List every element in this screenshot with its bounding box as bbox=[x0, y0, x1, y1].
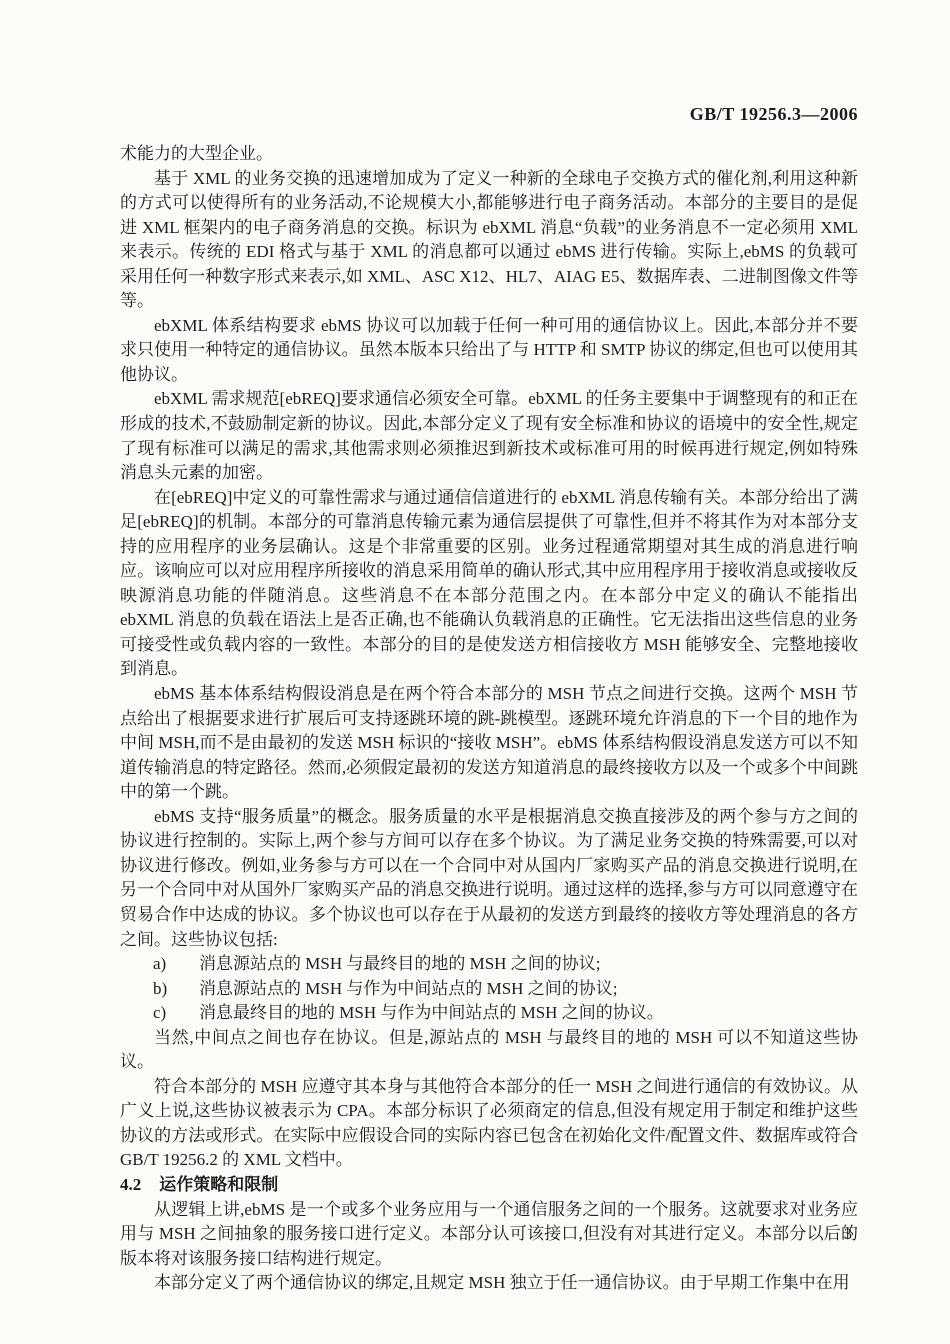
document-standard-number: GB/T 19256.3—2006 bbox=[690, 104, 858, 125]
list-item-b: b) 消息源站点的 MSH 与作为中间站点的 MSH 之间的协议; bbox=[120, 977, 858, 1002]
list-item-text: 消息最终目的地的 MSH 与作为中间站点的 MSH 之间的协议。 bbox=[199, 1001, 858, 1026]
paragraph-continuation: 术能力的大型企业。 bbox=[120, 142, 858, 167]
paragraph: 从逻辑上讲,ebMS 是一个或多个业务应用与一个通信服务之间的一个服务。这就要求… bbox=[120, 1198, 858, 1272]
paragraph: 本部分定义了两个通信协议的绑定,且规定 MSH 独立于任一通信协议。由于早期工作… bbox=[120, 1271, 858, 1296]
paragraph: ebXML 需求规范[ebREQ]要求通信必须安全可靠。ebXML 的任务主要集… bbox=[120, 387, 858, 485]
paragraph: ebMS 支持“服务质量”的概念。服务质量的水平是根据消息交换直接涉及的两个参与… bbox=[120, 805, 858, 952]
list-item-c: c) 消息最终目的地的 MSH 与作为中间站点的 MSH 之间的协议。 bbox=[120, 1001, 858, 1026]
paragraph: 符合本部分的 MSH 应遵守其本身与其他符合本部分的任一 MSH 之间进行通信的… bbox=[120, 1075, 858, 1173]
list-item-text: 消息源站点的 MSH 与作为中间站点的 MSH 之间的协议; bbox=[199, 977, 858, 1002]
paragraph: 当然,中间点之间也存在协议。但是,源站点的 MSH 与最终目的地的 MSH 可以… bbox=[120, 1026, 858, 1075]
paragraph: ebXML 体系结构要求 ebMS 协议可以加载于任何一种可用的通信协议上。因此… bbox=[120, 314, 858, 388]
scanned-document-page: GB/T 19256.3—2006 术能力的大型企业。 基于 XML 的业务交换… bbox=[0, 0, 950, 1344]
paragraph: 基于 XML 的业务交换的迅速增加成为了定义一种新的全球电子交换方式的催化剂,利… bbox=[120, 167, 858, 314]
paragraph: ebMS 基本体系结构假设消息是在两个符合本部分的 MSH 节点之间进行交换。这… bbox=[120, 682, 858, 805]
section-title: 运作策略和限制 bbox=[159, 1173, 278, 1198]
list-item-label: a) bbox=[153, 952, 199, 977]
list-item-label: b) bbox=[153, 977, 199, 1002]
page-number: 3 bbox=[844, 1226, 852, 1244]
section-number: 4.2 bbox=[120, 1173, 141, 1198]
list-item-label: c) bbox=[153, 1001, 199, 1026]
section-heading-4-2: 4.2 运作策略和限制 bbox=[120, 1173, 858, 1198]
list-item-a: a) 消息源站点的 MSH 与最终目的地的 MSH 之间的协议; bbox=[120, 952, 858, 977]
paragraph: 在[ebREQ]中定义的可靠性需求与通过通信信道进行的 ebXML 消息传输有关… bbox=[120, 486, 858, 682]
list-item-text: 消息源站点的 MSH 与最终目的地的 MSH 之间的协议; bbox=[199, 952, 858, 977]
document-body: 术能力的大型企业。 基于 XML 的业务交换的迅速增加成为了定义一种新的全球电子… bbox=[120, 142, 858, 1296]
